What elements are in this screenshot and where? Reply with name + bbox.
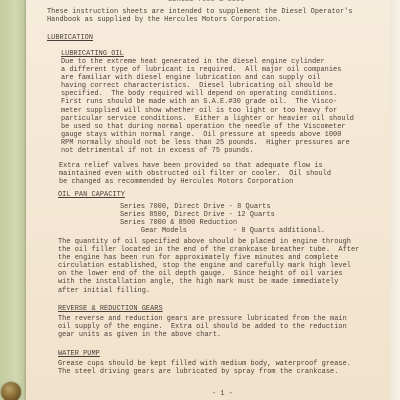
text-line: on the lower end of the oil depth gauge.… (58, 270, 359, 278)
binder-cover (0, 0, 26, 400)
text-line: The quantity of oil specified above shou… (58, 238, 359, 246)
text-line: meter supplied will show whether oil is … (61, 107, 354, 115)
document-page: SERIES 7000 & 8500 These instruction she… (26, 0, 390, 400)
text-line: Due to the extreme heat generated in the… (61, 58, 354, 66)
page-number: - 1 - (212, 390, 233, 398)
relief-valves-paragraph: Extra relief valves have been provided s… (59, 162, 331, 186)
text-line: RPM normally should not be less than 25 … (61, 139, 354, 147)
text-line: gauge stays within normal range. Oil pre… (61, 131, 354, 139)
text-line: not detrimental if not in excess of 75 p… (61, 147, 354, 155)
text-line: gear units as given in the above chart. (58, 331, 347, 339)
section-title-water-pump: WATER PUMP (58, 350, 100, 358)
text-line: the engine has been run for approximatel… (58, 254, 359, 262)
text-line: These instruction sheets are intended to… (47, 8, 353, 16)
brass-rivet-icon (1, 382, 21, 400)
text-line: First runs should be made with an S.A.E.… (61, 98, 354, 106)
text-line: are familiar with diesel engine lubricat… (61, 74, 354, 82)
text-line: the oil filler located in the end of the… (58, 246, 359, 254)
capacity-item: Series 8500, Direct Drive - 12 Quarts (120, 211, 325, 219)
section-title-lubrication: LUBRICATION (47, 34, 93, 42)
oil-quantity-paragraph: The quantity of oil specified above shou… (58, 238, 359, 295)
text-line: The steel driving gears are lubricated b… (58, 368, 351, 376)
text-line: oil supply of the engine. Extra oil shou… (58, 323, 347, 331)
text-line: Grease cups should be kept filled with m… (58, 360, 351, 368)
text-line: The reverse and reduction gears are pres… (58, 315, 347, 323)
series-header: SERIES 7000 & 8500 (168, 0, 245, 4)
text-line: maintained even with obstructed oil filt… (59, 170, 331, 178)
scanned-document-scene: SERIES 7000 & 8500 These instruction she… (0, 0, 400, 400)
text-line: a different type of lubricant is require… (61, 66, 354, 74)
section-title-oil-pan-capacity: OIL PAN CAPACITY (58, 191, 125, 199)
intro-paragraph: These instruction sheets are intended to… (47, 8, 353, 24)
capacity-item: Series 7000, Direct Drive - 8 Quarts (120, 203, 325, 211)
oil-pan-capacity-list: Series 7000, Direct Drive - 8 Quarts Ser… (120, 203, 325, 235)
reverse-reduction-paragraph: The reverse and reduction gears are pres… (58, 315, 347, 339)
subsection-title-lubricating-oil: LUBRICATING OIL (61, 50, 124, 58)
text-line: with the installation angle, the high ma… (58, 278, 359, 286)
capacity-item: Gear Models - 8 Quarts additional. (120, 227, 325, 235)
lubricating-oil-paragraph: Due to the extreme heat generated in the… (61, 58, 354, 155)
text-line: be used so that during normal operation … (61, 123, 354, 131)
page-edge (390, 0, 400, 400)
text-line: circulation established, stop the engine… (58, 262, 359, 270)
text-line: Handbook as supplied by the Hercules Mot… (47, 16, 353, 24)
text-line: particular service conditions. Either a … (61, 115, 354, 123)
text-line: be changed as recommended by Hercules Mo… (59, 178, 331, 186)
section-title-reverse-reduction-gears: REVERSE & REDUCTION GEARS (58, 305, 163, 313)
water-pump-paragraph: Grease cups should be kept filled with m… (58, 360, 351, 376)
text-line: specified. The body required will depend… (61, 90, 354, 98)
capacity-item: Series 7000 & 8500 Reduction (120, 219, 325, 227)
text-line: having correct characteristics. Diesel l… (61, 82, 354, 90)
text-line: after initial filling. (58, 287, 359, 295)
text-line: Extra relief valves have been provided s… (59, 162, 331, 170)
